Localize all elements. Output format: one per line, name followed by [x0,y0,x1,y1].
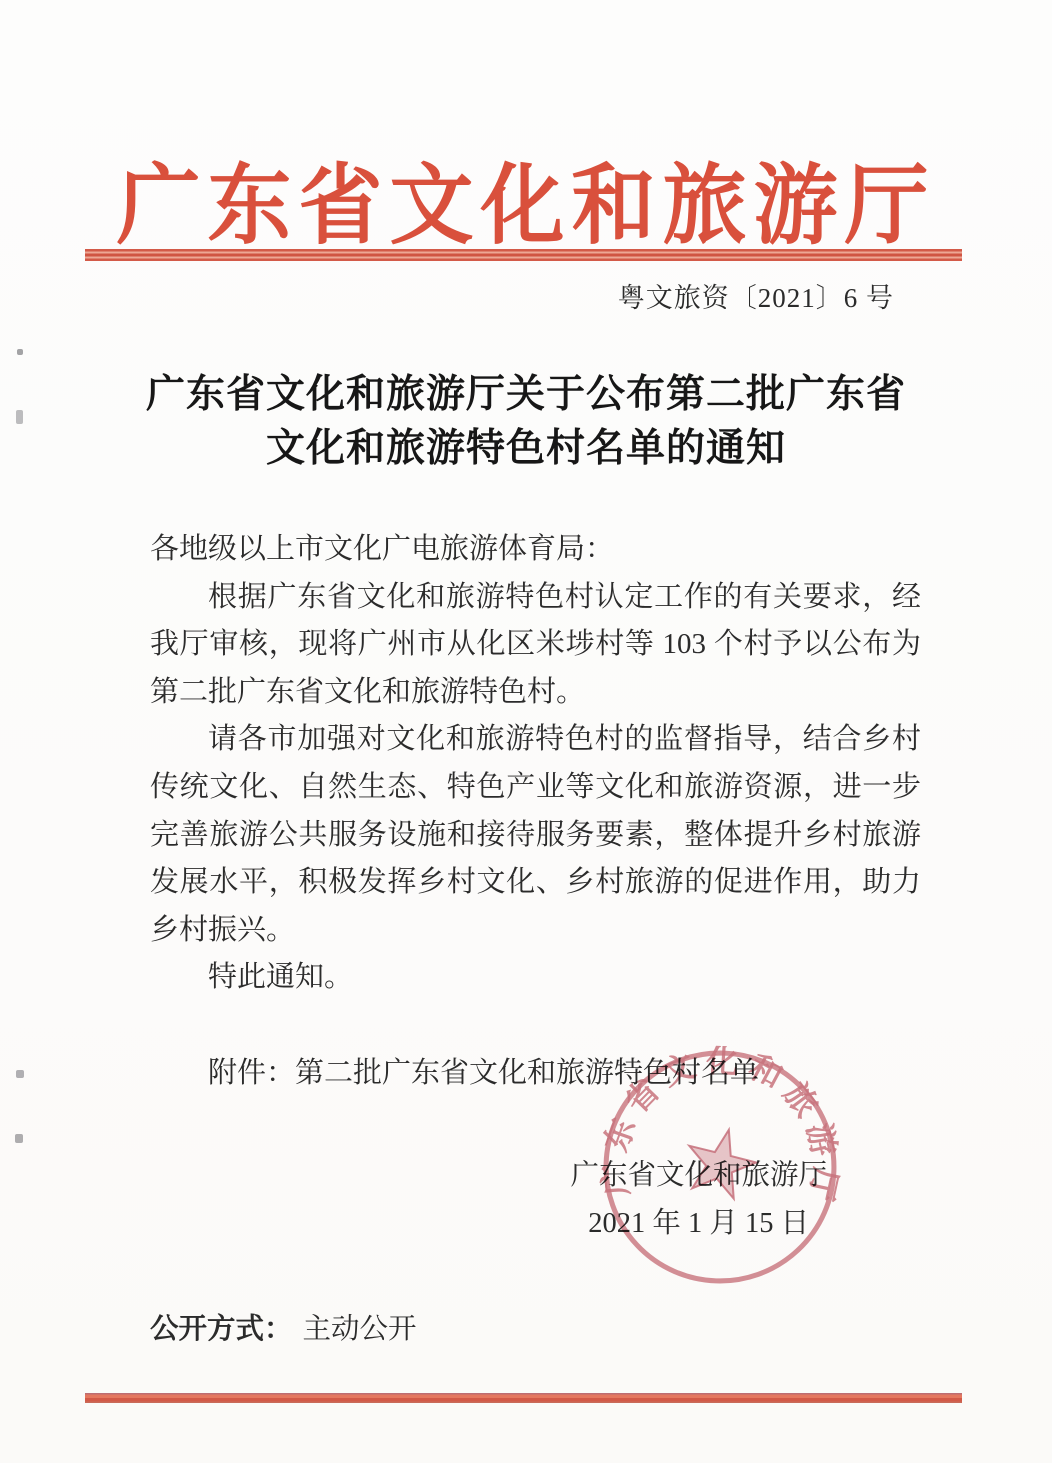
scan-artifact [17,349,23,355]
notice-body: 各地级以上市文化广电旅游体育局： 根据广东省文化和旅游特色村认定工作的有关要求，… [150,526,921,1097]
masthead-divider [85,249,962,261]
signature-date: 2021 年 1 月 15 日 [570,1200,827,1248]
attachment-line: 附件：第二批广东省文化和旅游特色村名单 [150,1050,921,1098]
paragraph-1: 根据广东省文化和旅游特色村认定工作的有关要求，经我厅审核，现将广州市从化区米埗村… [150,574,921,717]
footer-divider [85,1393,962,1403]
notice-title-line1: 广东省文化和旅游厅关于公布第二批广东省 [146,373,906,416]
notice-title: 广东省文化和旅游厅关于公布第二批广东省 文化和旅游特色村名单的通知 [0,368,1052,476]
paragraph-3: 特此通知。 [150,954,921,1002]
salutation: 各地级以上市文化广电旅游体育局： [150,526,921,574]
paragraph-2: 请各市加强对文化和旅游特色村的监督指导，结合乡村传统文化、自然生态、特色产业等文… [150,716,921,954]
scan-artifact [16,410,23,424]
document-number: 粤文旅资〔2021〕6 号 [618,276,894,315]
signature-agency: 广东省文化和旅游厅 [570,1152,827,1200]
scanned-notice-page: 广东省文化和旅游厅 粤文旅资〔2021〕6 号 广东省文化和旅游厅关于公布第二批… [0,0,1052,1463]
disclosure-line: 公开方式：主动公开 [150,1306,417,1347]
signature-block: 广东省文化和旅游厅 2021 年 1 月 15 日 [570,1152,827,1248]
disclosure-label: 公开方式： [150,1313,293,1345]
agency-masthead: 广东省文化和旅游厅 [0,136,1052,262]
disclosure-value: 主动公开 [303,1314,417,1345]
notice-title-line2: 文化和旅游特色村名单的通知 [266,427,786,470]
scan-artifact [15,1134,23,1143]
scan-artifact [16,1070,24,1078]
